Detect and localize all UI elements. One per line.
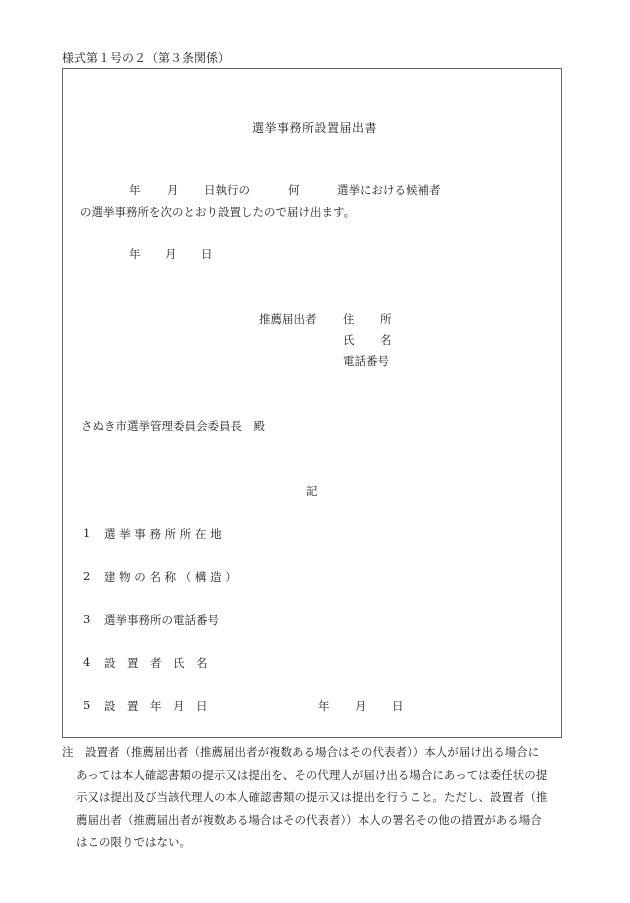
item-5-month: 月	[355, 698, 367, 714]
item-4-label: 設 置 者 氏 名	[104, 655, 208, 671]
date-year: 年	[129, 246, 141, 262]
form-box	[62, 68, 562, 738]
addressee: さぬき市選挙管理委員会委員長 殿	[81, 418, 265, 434]
item-3-label: 選挙事務所の電話番号	[104, 612, 219, 628]
intro-year: 年	[129, 182, 141, 198]
footnote-line-4: 薦届出者（推薦届出者が複数ある場合はその代表者））本人の署名その他の措置がある場…	[62, 809, 572, 832]
item-2-label: 建 物 の 名 称 （ 構 造 ）	[104, 569, 237, 585]
notifier-address-a: 住	[343, 311, 355, 327]
form-number: 様式第１号の２（第３条関係）	[62, 49, 230, 66]
intro-day-executed: 日執行の	[204, 182, 250, 198]
notifier-phone: 電話番号	[343, 353, 389, 369]
item-5-year: 年	[318, 698, 330, 714]
ki-heading: 記	[306, 483, 318, 499]
item-1-label: 選 挙 事 務 所 所 在 地	[104, 526, 222, 542]
notifier-name-b: 名	[380, 332, 392, 348]
intro-what: 何	[288, 182, 300, 198]
item-3-number: 3	[83, 612, 90, 626]
intro-line2: の選挙事務所を次のとおり設置したので届け出ます。	[80, 204, 355, 220]
footnote-line-1: 注 設置者（推薦届出者（推薦届出者が複数ある場合はその代表者））本人が届け出る場…	[62, 741, 572, 764]
footnote: 注 設置者（推薦届出者（推薦届出者が複数ある場合はその代表者））本人が届け出る場…	[62, 741, 572, 854]
date-month: 月	[165, 246, 177, 262]
date-day: 日	[201, 246, 213, 262]
item-5-label: 設 置 年 月 日	[104, 698, 208, 714]
item-5-day: 日	[392, 698, 404, 714]
footnote-line-3: 示又は提出及び当該代理人の本人確認書類の提示又は提出を行うこと。ただし、設置者（…	[62, 786, 572, 809]
footnote-line-5: はこの限りではない。	[62, 831, 572, 854]
item-2-number: 2	[83, 569, 90, 583]
notifier-address-b: 所	[380, 311, 392, 327]
intro-election-candidate: 選挙における候補者	[337, 182, 441, 198]
intro-month: 月	[167, 182, 179, 198]
form-title: 選挙事務所設置届出書	[252, 119, 377, 136]
notifier-label: 推薦届出者	[259, 311, 317, 327]
item-4-number: 4	[83, 655, 90, 669]
item-1-number: 1	[83, 526, 90, 540]
item-5-number: 5	[83, 698, 90, 712]
notifier-name-a: 氏	[343, 332, 355, 348]
footnote-line-2: あっては本人確認書類の提示又は提出を、その代理人が届け出る場合にあっては委任状の…	[62, 764, 572, 787]
